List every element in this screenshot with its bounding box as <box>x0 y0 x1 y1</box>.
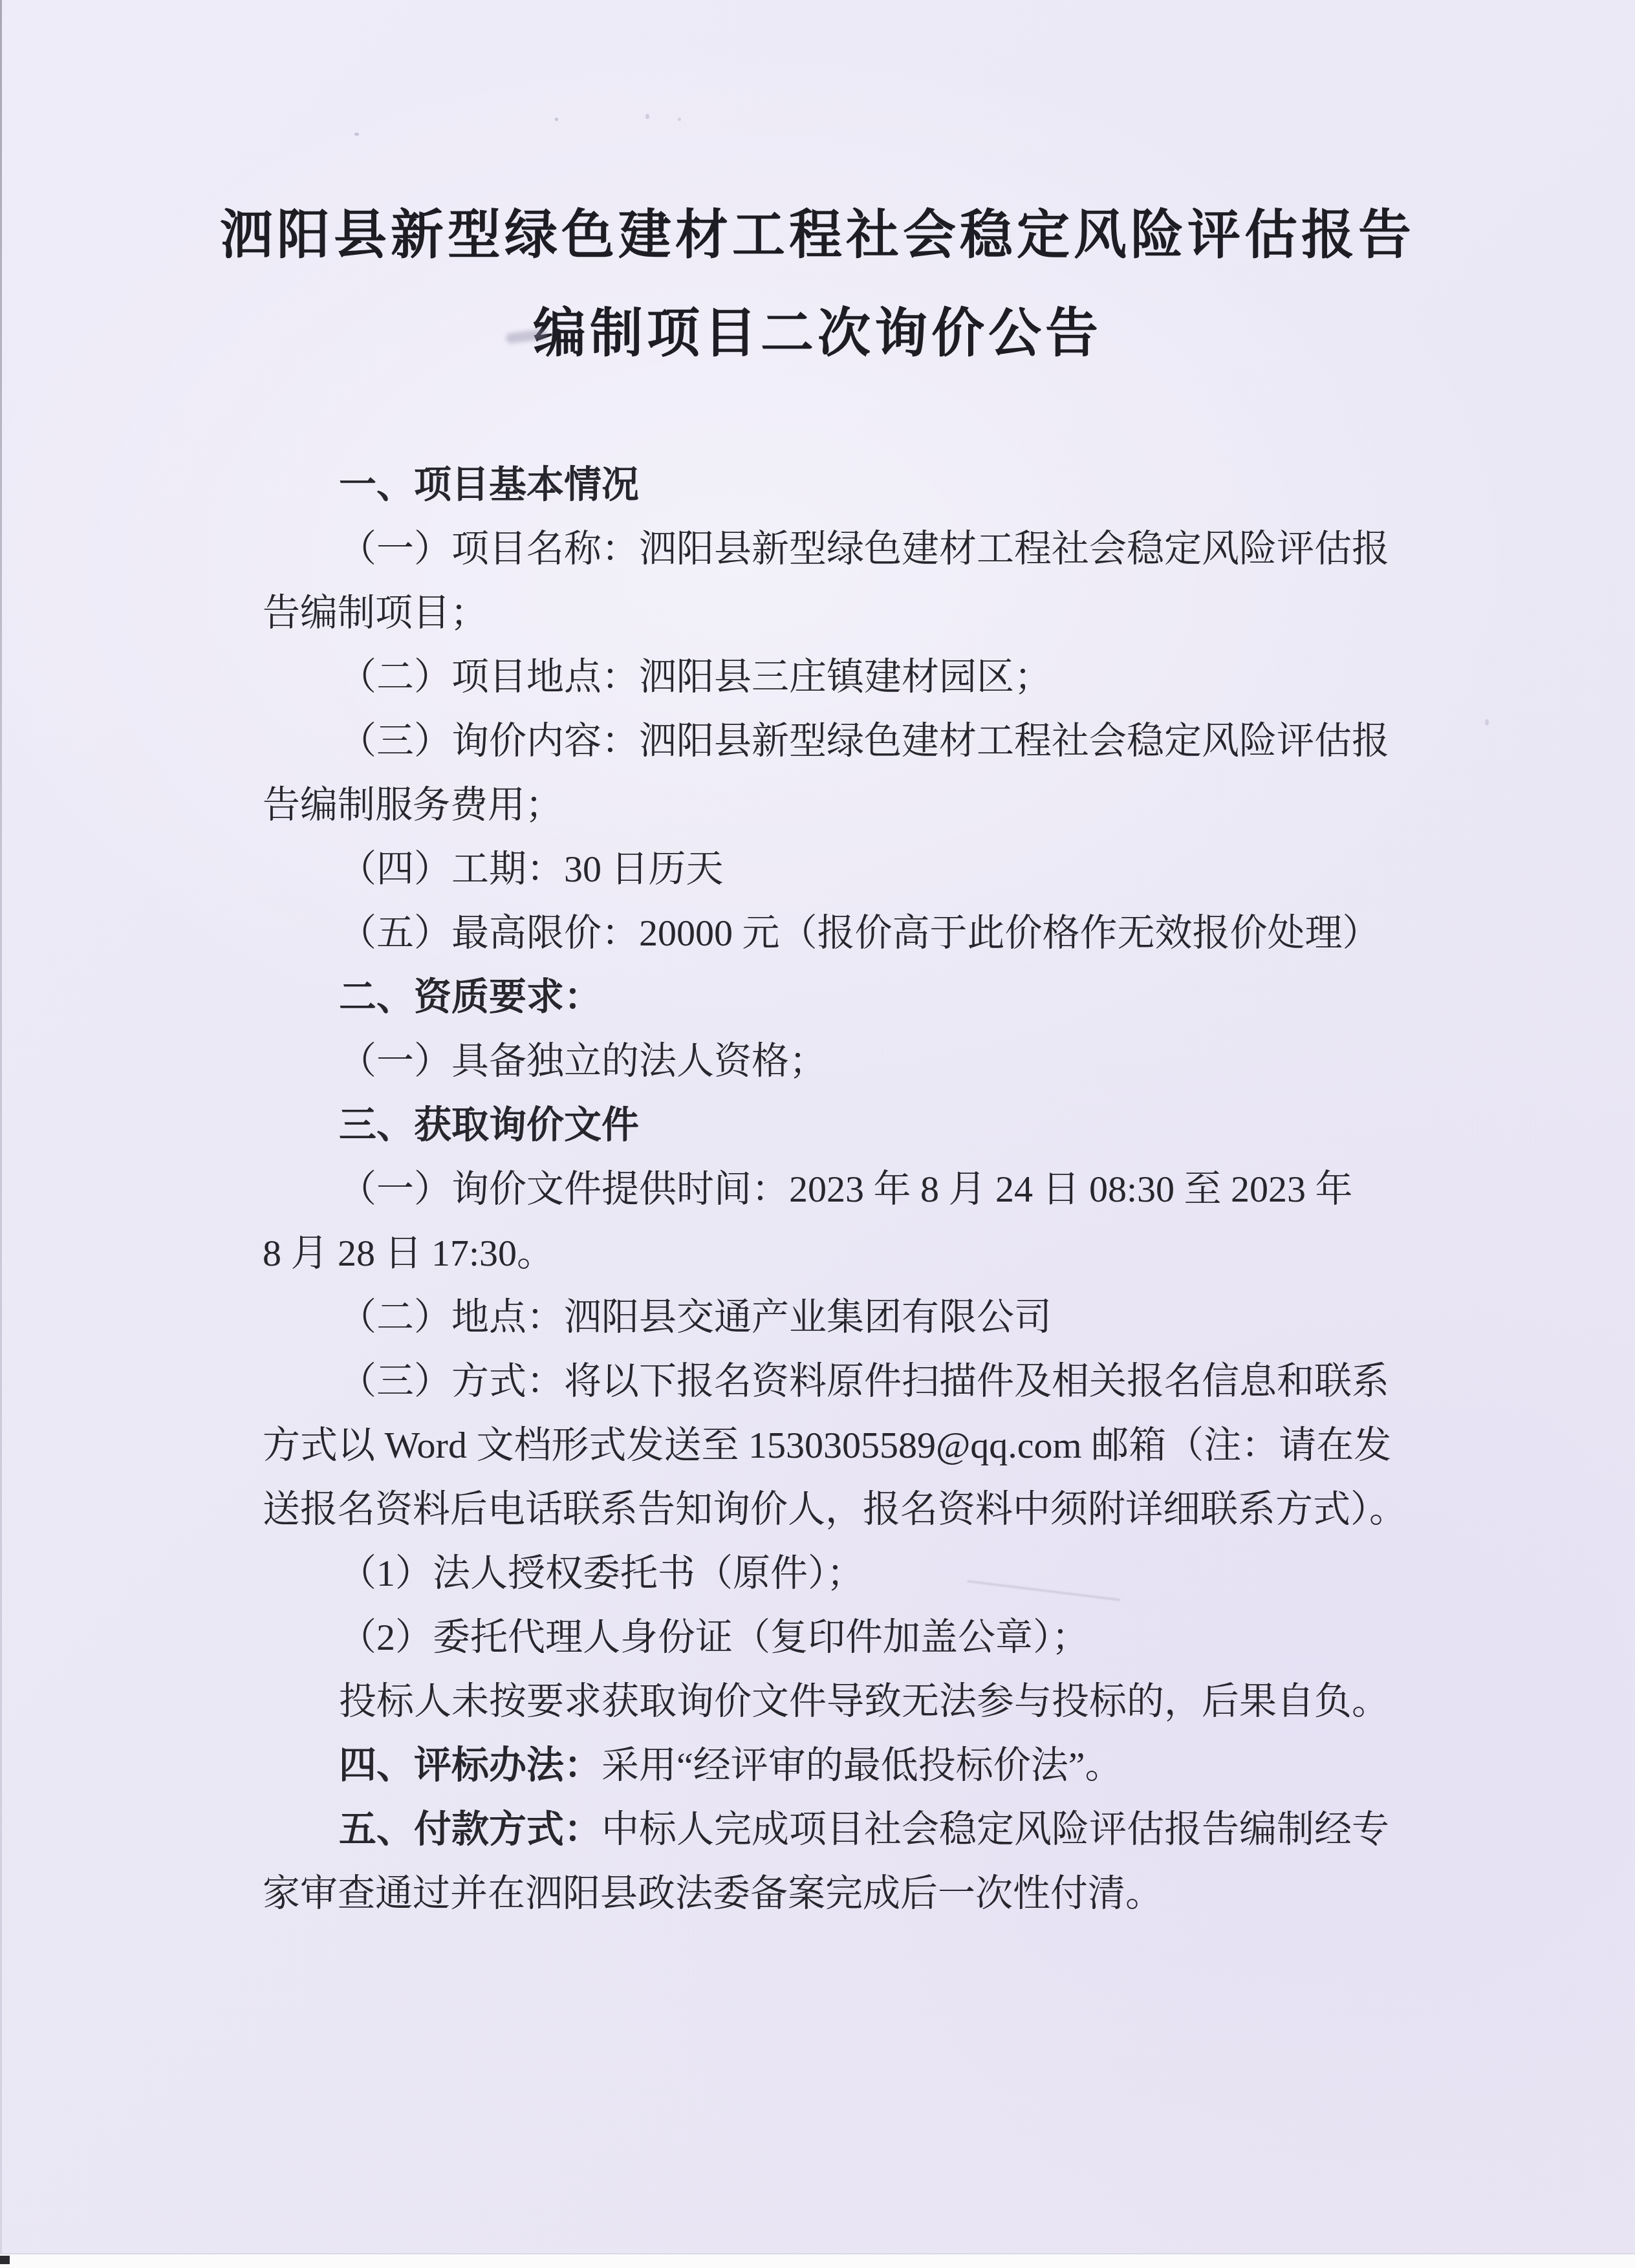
scan-speck <box>678 118 681 121</box>
doc-line: （2）委托代理人身份证（复印件加盖公章）； <box>263 1605 1394 1669</box>
doc-line: （四）工期：30 日历天 <box>263 837 1394 901</box>
scan-speck <box>1485 719 1489 726</box>
document-title-line2: 编制项目二次询价公告 <box>0 291 1635 367</box>
doc-line: （1）法人授权委托书（原件）； <box>263 1541 1394 1605</box>
doc-line: 家审查通过并在泗阳县政法委备案完成后一次性付清。 <box>263 1861 1394 1925</box>
doc-line: 8 月 28 日 17:30。 <box>263 1221 1394 1285</box>
doc-line-section5-heading: 五、付款方式：中标人完成项目社会稳定风险评估报告编制经专 <box>263 1797 1394 1861</box>
doc-line: （三）方式：将以下报名资料原件扫描件及相关报名信息和联系 <box>263 1349 1394 1413</box>
scan-speck <box>645 114 649 119</box>
doc-line: （一）询价文件提供时间：2023 年 8 月 24 日 08:30 至 2023… <box>263 1157 1394 1221</box>
scan-bottom-strip <box>0 2253 1635 2268</box>
document-body: 一、项目基本情况 （一）项目名称：泗阳县新型绿色建材工程社会稳定风险评估报 告编… <box>263 453 1394 1925</box>
doc-line: 投标人未按要求获取询价文件导致无法参与投标的，后果自负。 <box>263 1669 1394 1733</box>
doc-line: （三）询价内容：泗阳县新型绿色建材工程社会稳定风险评估报 <box>263 709 1394 773</box>
doc-line-section4-heading: 四、评标办法：采用“经评审的最低投标价法”。 <box>263 1733 1394 1797</box>
scan-speck <box>555 118 558 121</box>
doc-line: （二）地点：泗阳县交通产业集团有限公司 <box>263 1285 1394 1349</box>
doc-line: 告编制服务费用； <box>263 773 1394 837</box>
doc-line: （二）项目地点：泗阳县三庄镇建材园区； <box>263 645 1394 709</box>
doc-line: 方式以 Word 文档形式发送至 1530305589@qq.com 邮箱（注：… <box>263 1413 1394 1477</box>
doc-line-section2-heading: 二、资质要求： <box>263 965 1394 1029</box>
doc-line-section3-heading: 三、获取询价文件 <box>263 1093 1394 1157</box>
doc-line: （一）具备独立的法人资格； <box>263 1029 1394 1093</box>
scanned-page: 泗阳县新型绿色建材工程社会稳定风险评估报告 编制项目二次询价公告 一、项目基本情… <box>0 0 1635 2268</box>
doc-line: 告编制项目； <box>263 581 1394 645</box>
scan-edge-line <box>0 0 2 2253</box>
doc-line-section1-heading: 一、项目基本情况 <box>263 453 1394 517</box>
doc-line: （五）最高限价：20000 元（报价高于此价格作无效报价处理） <box>263 901 1394 965</box>
document-title-line1: 泗阳县新型绿色建材工程社会稳定风险评估报告 <box>0 193 1635 268</box>
doc-line: （一）项目名称：泗阳县新型绿色建材工程社会稳定风险评估报 <box>263 517 1394 581</box>
scan-corner-mark <box>0 2256 10 2264</box>
scan-speck <box>354 133 359 136</box>
doc-line: 送报名资料后电话联系告知询价人，报名资料中须附详细联系方式）。 <box>263 1477 1394 1541</box>
